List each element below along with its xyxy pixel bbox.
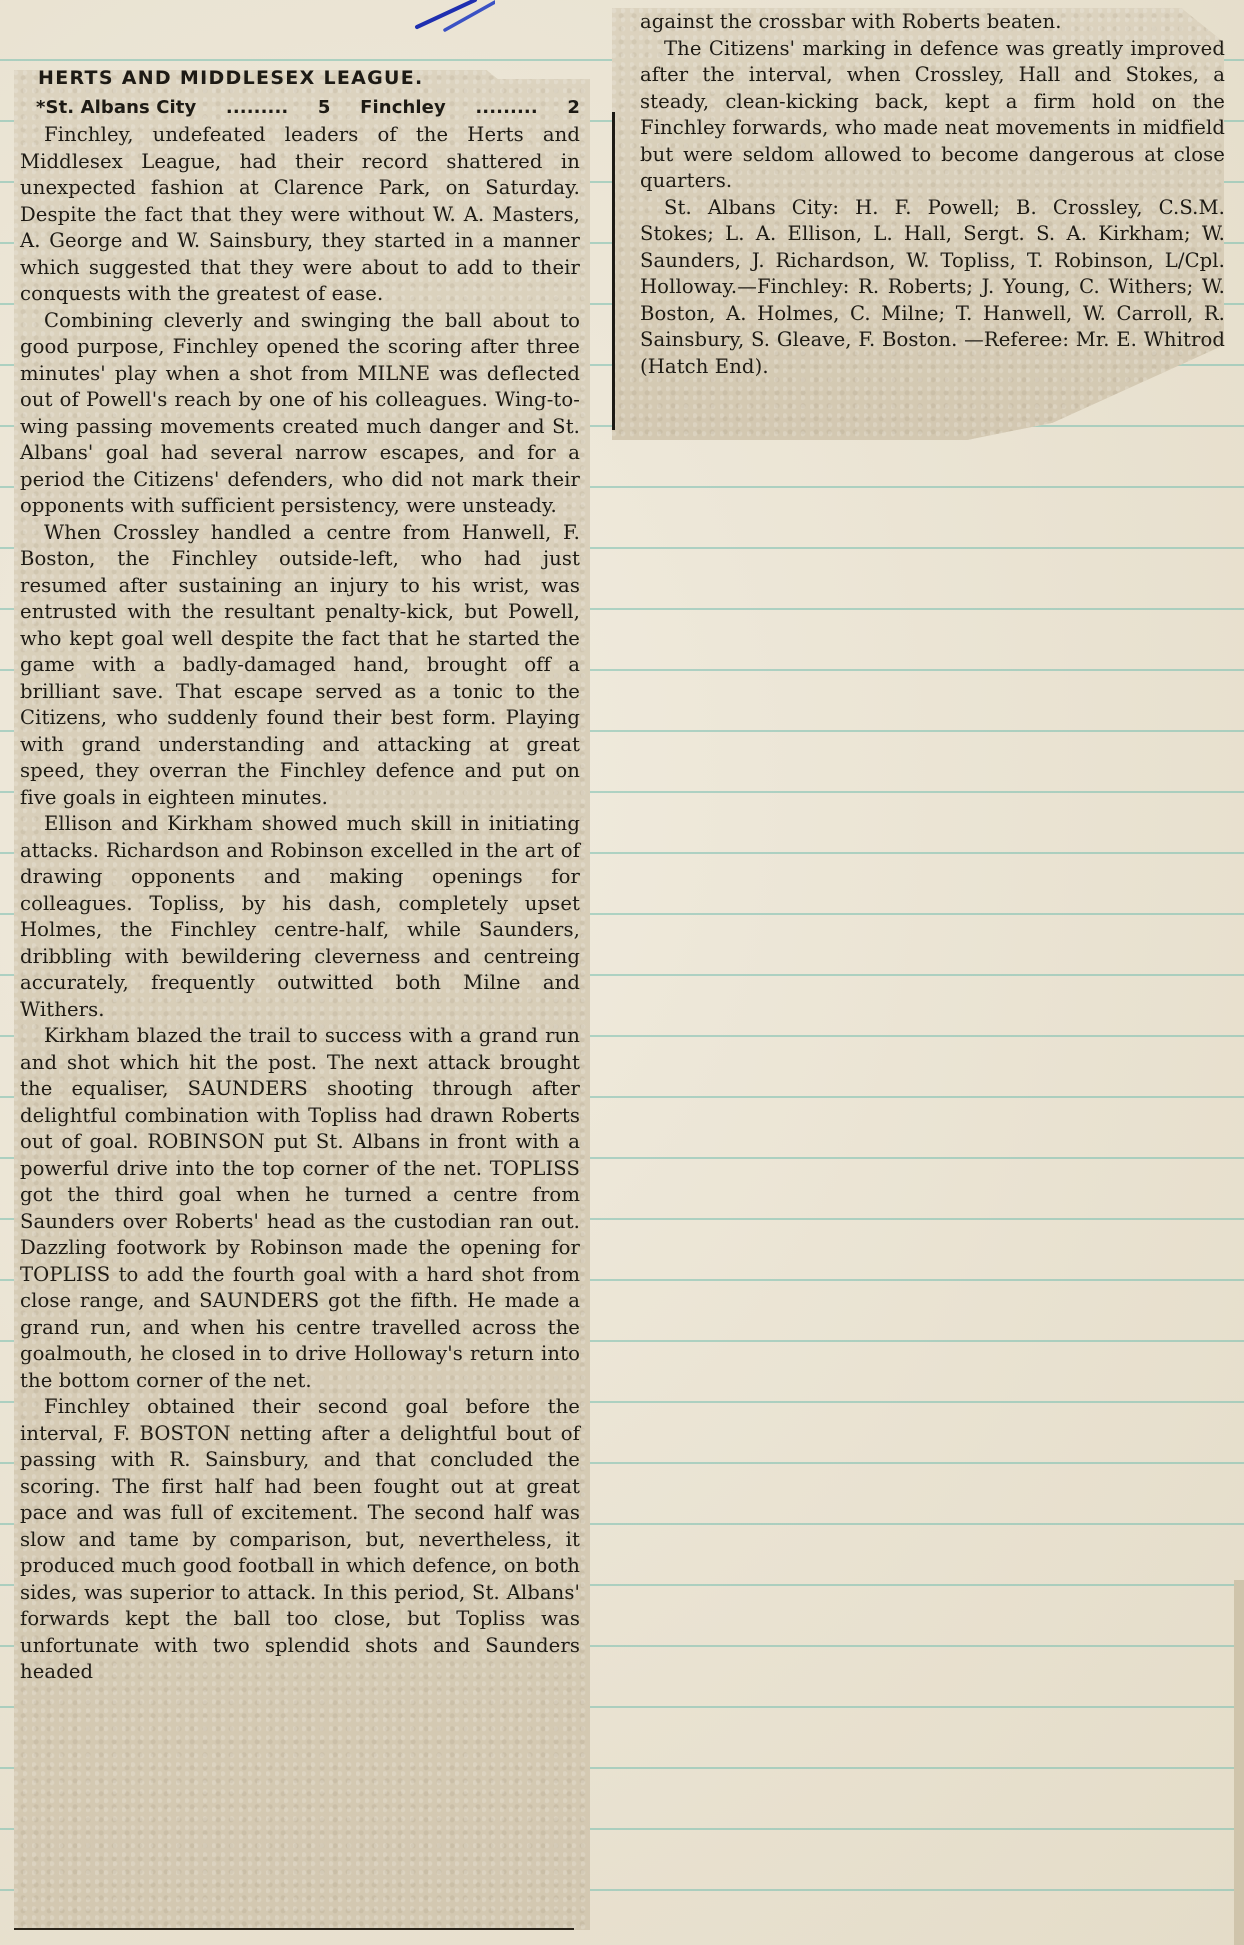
paragraph: When Crossley handled a centre from Hanw… xyxy=(20,520,580,812)
paragraph: Ellison and Kirkham showed much skill in… xyxy=(20,811,580,1023)
home-team: *St. Albans City xyxy=(36,94,196,122)
adjacent-clipping-edge xyxy=(1234,1580,1244,1945)
score-dots: ......... xyxy=(226,94,288,122)
paragraph: Combining cleverly and swinging the ball… xyxy=(20,308,580,520)
paragraph: The Citizens' marking in defence was gre… xyxy=(640,36,1225,195)
paragraph-continued: against the crossbar with Roberts beaten… xyxy=(640,9,1225,36)
score-dots: ......... xyxy=(475,94,537,122)
column-rule xyxy=(612,112,615,430)
paragraph: Finchley obtained their second goal befo… xyxy=(20,1394,580,1686)
headline: HERTS AND MIDDLESEX LEAGUE. xyxy=(38,64,580,92)
match-result: *St. Albans City ......... 5 Finchley ..… xyxy=(36,94,580,122)
clipping-bottom-rule xyxy=(14,1928,574,1930)
scrapbook-page: HERTS AND MIDDLESEX LEAGUE. *St. Albans … xyxy=(0,0,1244,1945)
paragraph: Kirkham blazed the trail to success with… xyxy=(20,1023,580,1394)
article-left-column: HERTS AND MIDDLESEX LEAGUE. *St. Albans … xyxy=(20,60,580,1686)
article-right-column: against the crossbar with Roberts beaten… xyxy=(640,9,1225,380)
paragraph: Finchley, undefeated leaders of the Hert… xyxy=(20,122,580,308)
blue-pen-mark-icon xyxy=(385,0,495,32)
home-score: 5 xyxy=(318,94,331,122)
team-lineups: St. Albans City: H. F. Powell; B. Crossl… xyxy=(640,195,1225,381)
away-score: 2 xyxy=(567,94,580,122)
away-team: Finchley xyxy=(360,94,446,122)
